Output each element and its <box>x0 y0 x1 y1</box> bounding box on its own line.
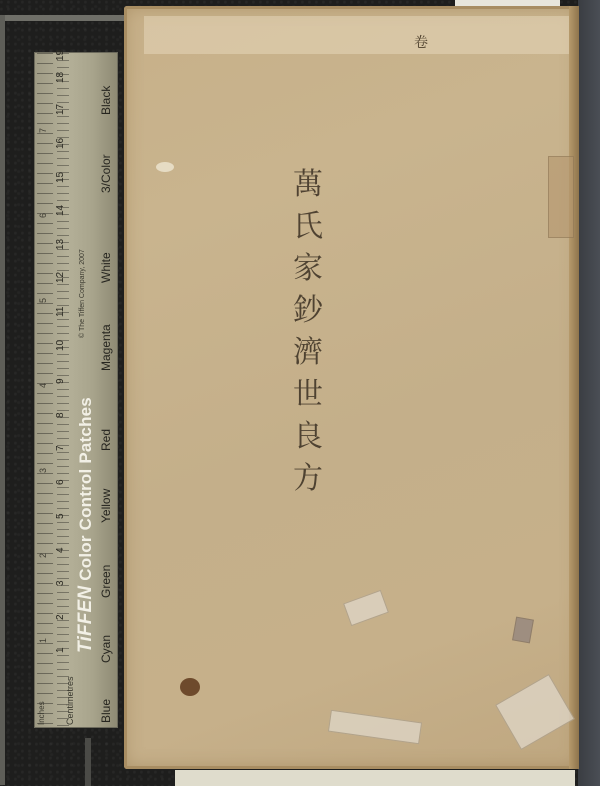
title-char-4: 鈔 <box>293 292 323 330</box>
bottom-tear <box>328 710 422 745</box>
cm-9: 9 <box>55 378 66 384</box>
bottom-paper-strip <box>175 770 575 786</box>
centimetres-label: Centimetres <box>65 676 75 725</box>
cm-5: 5 <box>55 513 66 519</box>
cm-15: 15 <box>55 172 66 183</box>
inches-label: Inches <box>37 701 46 725</box>
book-spine-edge <box>569 6 579 769</box>
cm-12: 12 <box>55 272 66 283</box>
cm-7: 7 <box>55 445 66 451</box>
wear-spot <box>156 162 174 172</box>
patch-label-black: Black <box>99 86 113 115</box>
frame-line-bottom <box>85 738 91 786</box>
inch-5: 5 <box>38 298 48 303</box>
cm-1: 1 <box>55 647 66 653</box>
title-char-7: 良 <box>293 418 323 456</box>
frame-line-top <box>0 15 130 21</box>
tiffen-brand: TiFFEN Color Control Patches <box>75 397 97 653</box>
inch-2: 2 <box>38 553 48 558</box>
spine-patch <box>548 156 574 238</box>
cm-ticks <box>57 53 69 727</box>
corner-mark: 卷 <box>414 32 428 52</box>
cm-4: 4 <box>55 547 66 553</box>
patch-label-magenta: Magenta <box>99 324 113 371</box>
cm-18: 18 <box>55 72 66 83</box>
brand-name: TiFFEN <box>75 586 96 653</box>
tiffen-color-ruler: Inches Centimetres 1 2 3 4 5 6 7 8 9 10 … <box>34 52 118 728</box>
inch-7: 7 <box>38 128 48 133</box>
ink-stain <box>180 678 200 696</box>
book-title-vertical: 萬 氏 家 鈔 濟 世 良 方 <box>286 166 330 498</box>
patch-label-yellow: Yellow <box>99 489 113 523</box>
product-name: Color Control Patches <box>76 397 95 581</box>
cm-14: 14 <box>55 205 66 216</box>
inch-1: 1 <box>38 638 48 643</box>
title-char-5: 濟 <box>293 334 323 372</box>
paper-tear-right <box>512 617 534 644</box>
cm-10: 10 <box>55 340 66 351</box>
cm-2: 2 <box>55 614 66 620</box>
title-char-3: 家 <box>293 250 323 288</box>
corner-tear <box>495 674 575 750</box>
cm-13: 13 <box>55 239 66 250</box>
patch-label-green: Green <box>99 565 113 598</box>
patch-label-red: Red <box>99 429 113 451</box>
frame-line-left <box>0 15 5 785</box>
cm-17: 17 <box>55 104 66 115</box>
copyright-text: © The Tiffen Company, 2007 <box>79 249 86 338</box>
cm-3: 3 <box>55 580 66 586</box>
title-char-1: 萬 <box>293 166 323 204</box>
patch-label-cyan: Cyan <box>99 635 113 663</box>
cm-11: 11 <box>55 307 66 317</box>
cm-19: 19 <box>55 50 66 61</box>
paper-tear <box>343 590 389 626</box>
title-char-2: 氏 <box>293 208 323 246</box>
inch-ticks <box>37 53 53 727</box>
book-cover: 卷 萬 氏 家 鈔 濟 世 良 方 <box>124 6 579 769</box>
inch-3: 3 <box>38 468 48 473</box>
right-background-strip <box>578 0 600 786</box>
cm-16: 16 <box>55 138 66 149</box>
patch-label-3color: 3/Color <box>99 154 113 193</box>
patch-label-blue: Blue <box>99 699 113 723</box>
inch-6: 6 <box>38 213 48 218</box>
cm-6: 6 <box>55 479 66 485</box>
patch-label-white: White <box>99 252 113 283</box>
title-char-8: 方 <box>293 460 323 498</box>
cm-8: 8 <box>55 412 66 418</box>
title-char-6: 世 <box>293 376 323 414</box>
inch-4: 4 <box>38 383 48 388</box>
